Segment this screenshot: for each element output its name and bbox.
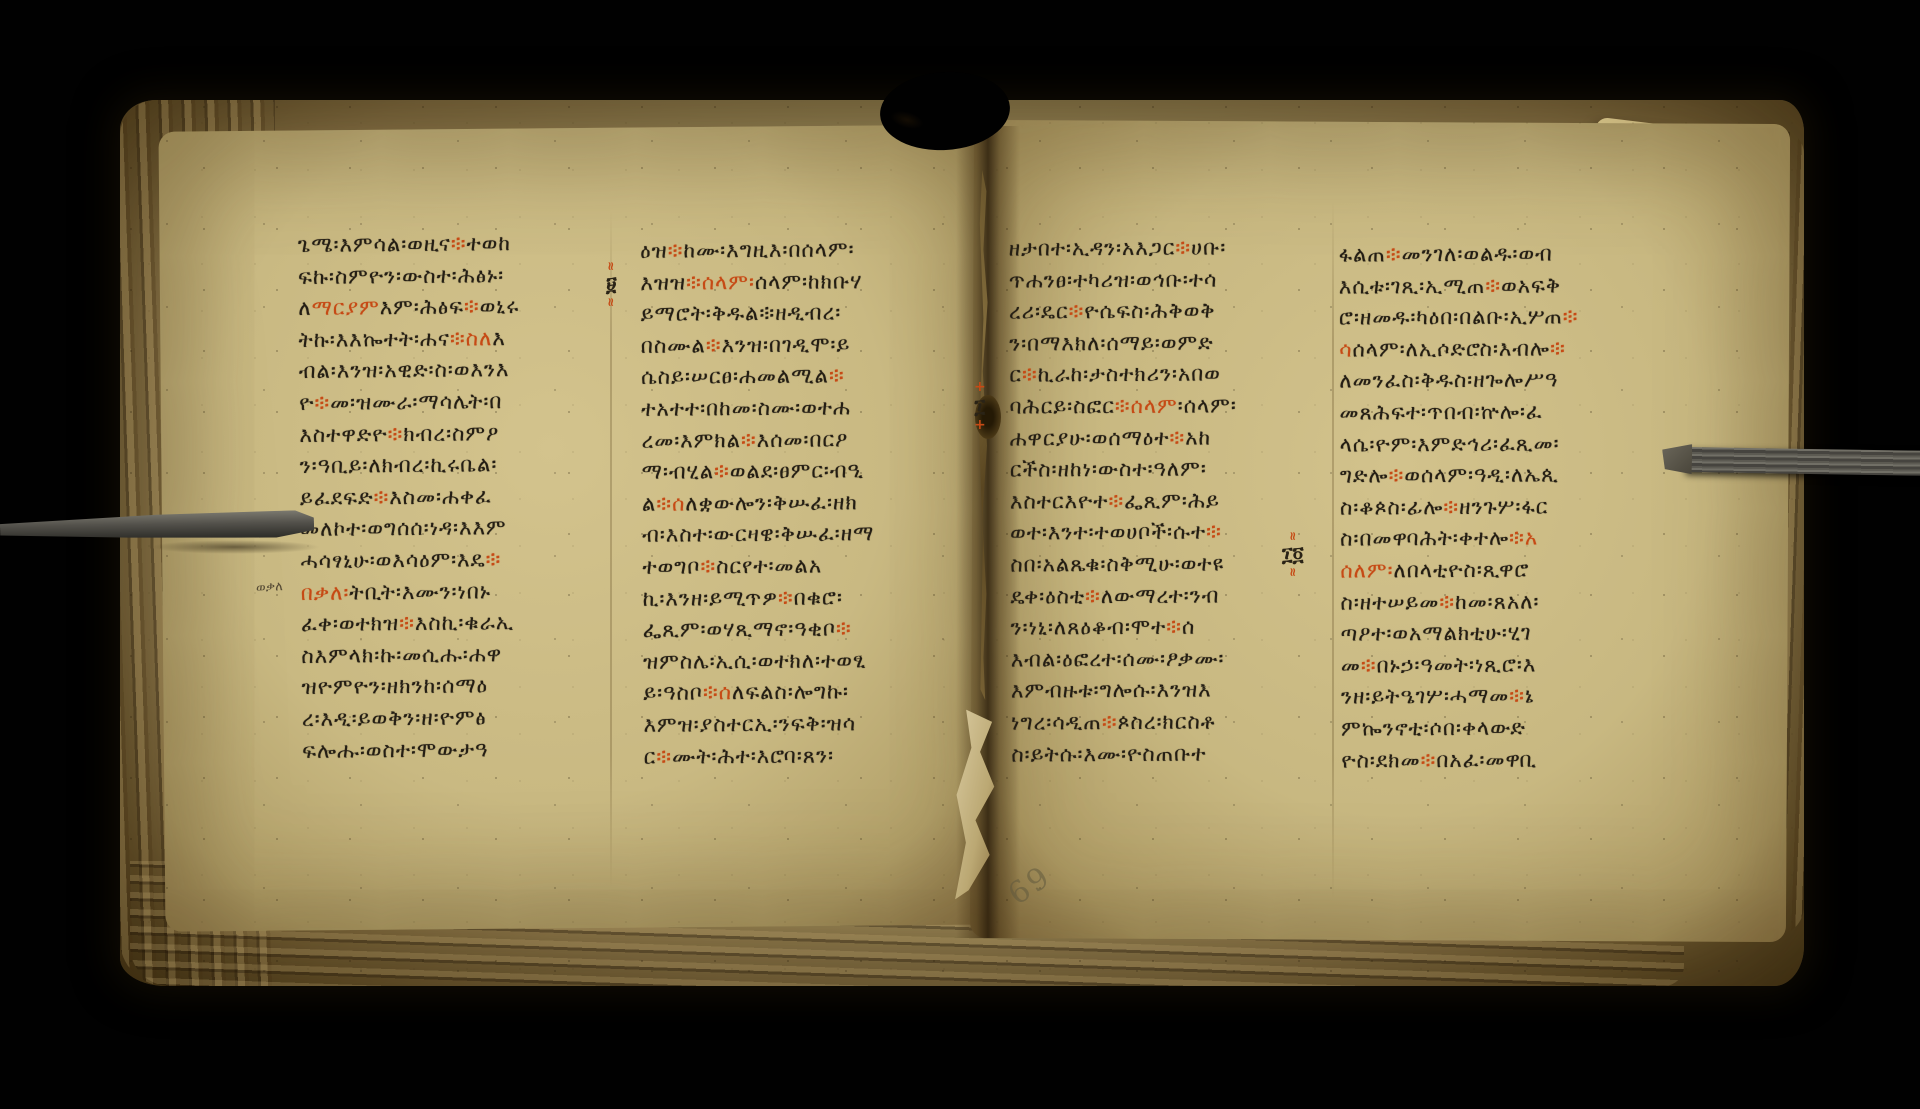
red-flourish-icon: ≈ [1287, 531, 1299, 541]
text-line: ይፈደፍድ፨እስመ፡ሐቀፈ [300, 484, 521, 518]
rubric-segment: ፨ [1421, 748, 1437, 772]
ink-segment: ለመንፈስ፡ቅዱስ፡ዘጐሎሥዓ [1339, 368, 1558, 393]
rubric-segment: ፨ [1115, 394, 1131, 418]
text-line: ሮ፡ዘመዱ፡ካዕበ፡በልቡ፡ኢሦጠ፨ [1339, 305, 1579, 338]
text-line: መለኮተ፡ወግሰሰ፡ነዳ፡እእም [300, 515, 521, 549]
ink-segment: ወኒሩ [480, 294, 520, 318]
text-line: በቃለ፡ትቢት፡እሙን፡ነበኑ [301, 579, 522, 613]
ink-segment: ሰ [1182, 615, 1195, 639]
text-line: ዮ፨መ፡ዝሙራ፡ማሳሌት፡በ [299, 389, 520, 423]
text-line: ረመ፡እምክል፨እሰመ፡በርዖ [641, 427, 873, 460]
text-line: እምብዙቱ፡ግሎሱ፡እንዝእ [1011, 678, 1238, 711]
text-line: ጌሜ፡እምሳል፡ወዚና፨ተወከ [298, 231, 519, 265]
rubric-segment: ሳ [1339, 337, 1352, 361]
ink-segment: ፋልጠ [1339, 242, 1386, 266]
rubric-segment: ፨ [1069, 299, 1085, 323]
text-line: ባሕርይ፡ስፎር፨ሰላም፡ሰላም፡ [1009, 393, 1236, 426]
rubric-segment: ፨ [778, 585, 794, 609]
ink-segment: ንዘ፡ይትዔገሦ፡ሓማመ [1341, 684, 1509, 709]
ink-segment: ዘንጉሦ፡ፋር [1459, 494, 1548, 518]
ruling-crease [610, 210, 612, 890]
text-line: ስ፡ይትሱ፡እሙ፡ዮስጠቡተ [1011, 741, 1238, 774]
ink-segment: ስ፡ይትሱ፡እሙ፡ዮስጠቡተ [1011, 741, 1206, 766]
text-line: ጥሐንፀ፡ተካሪዝ፡ወኅቡ፡ተሳ [1009, 267, 1236, 300]
ink-segment: ዝዮምዮን፡ዘክንከ፡ሰማዕ [302, 674, 489, 700]
text-line: ለመንፈስ፡ቅዱስ፡ዘጐሎሥዓ [1339, 368, 1579, 401]
ink-segment: በስሙል [641, 333, 706, 357]
braided-strap-right [1686, 447, 1920, 476]
ink-segment: ነግረ፡ሳዲጠ [1011, 710, 1102, 734]
text-line: ንዘ፡ይትዔገሦ፡ሓማመ፨ኔ [1341, 684, 1581, 717]
ink-segment: እንዝ፡በገዲሞ፡ይ [721, 332, 850, 357]
text-line: ግድሎ፨ወሰላም፡ዓዲ፡ለኤጲ [1340, 463, 1580, 496]
rubric-segment: ፨ [1085, 584, 1101, 608]
ink-segment: ሰላም፡ለኢሶድሮስ፡እብሎ [1352, 336, 1550, 361]
text-column-right-inner: ዘታበተ፡ኢዳን፡አእጋር፨ሀቡ፡ጥሐንፀ፡ተካሪዝ፡ወኅቡ፡ተሳረሪ፡ዴር፨ዮ… [1009, 235, 1239, 773]
text-line: ር፨ኪራከ፡ታስተክሪን፡አበወ [1009, 362, 1236, 395]
ink-segment: ዮስ፡ደክመ [1341, 748, 1420, 772]
margin-stanza-number: ≈ ፱ ≈ [606, 258, 617, 310]
ink-segment: እሲቱ፡ገጺ፡ኢሚጠ [1339, 273, 1486, 298]
manuscript-photo: ጌሜ፡እምሳል፡ወዚና፨ተወከፍኩ፡ስምዮን፡ውስተ፡ሕፅኑ፡ለማርያምእም፡ሕ… [0, 0, 1920, 1109]
rubric-segment: ፨ [1169, 425, 1185, 449]
rubric-segment: ፨ [1108, 489, 1124, 513]
ink-segment: በአፈ፡መዋቢ [1436, 747, 1537, 772]
ink-segment: ሀቡ፡ [1191, 235, 1226, 259]
ink-segment: ይፈደፍድ [300, 485, 374, 510]
ink-segment: ዘታበተ፡ኢዳን፡አእጋር [1009, 236, 1176, 261]
rubric-segment: ስለ [466, 326, 493, 350]
ink-segment: ስ፡ዘተሠይመ [1340, 590, 1439, 615]
rubric-segment: ሰለም፡ [1340, 558, 1393, 582]
text-line: ፍኩ፡ስምዮን፡ውስተ፡ሕፅኑ፡ [298, 263, 519, 297]
red-flourish-icon: ≈ [605, 297, 617, 307]
ink-segment: ስእምላክ፡ኩ፡መሲሑ፡ሐዋ [301, 642, 502, 668]
rubric-segment: ፨ [1509, 526, 1525, 550]
text-line: እሲቱ፡ገጺ፡ኢሚጠ፨ወአፍቅ [1339, 273, 1579, 306]
ink-segment: ዝምስሌ፡ኢሲ፡ወተክለ፡ተወፂ [643, 648, 866, 674]
ink-segment: ሮ፡ዘመዱ፡ካዕበ፡በልቡ፡ኢሦጠ [1339, 305, 1563, 330]
ink-segment: ፍኩ፡ስምዮን፡ውስተ፡ሕፅኑ፡ [298, 263, 504, 289]
text-line: ማ፡ብሂል፨ወልደ፡ፀምር፡ብዒ [642, 458, 874, 491]
rubric-segment: ፨ [1022, 363, 1038, 387]
ink-segment: እስተርእዮተ [1010, 489, 1109, 514]
rubric-segment: ፨ [668, 239, 684, 263]
ink-segment: ር [1009, 363, 1022, 387]
ink-segment: ክብረ፡ስምዖ [403, 421, 499, 446]
text-line: ሐዋርያሁ፡ወሰማዕተ፨አከ [1010, 425, 1237, 458]
ink-segment: እምብዙቱ፡ግሎሱ፡እንዝእ [1011, 678, 1212, 703]
rubric-segment: ማርያም [312, 295, 380, 320]
ink-segment: ል [642, 491, 656, 515]
ink-segment: ን፡በማእክለ፡ሰማይ፡ወምድ [1009, 330, 1214, 355]
text-column-right-outer: ፋልጠ፨መንገለ፡ወልዱ፡ወብእሲቱ፡ገጺ፡ኢሚጠ፨ወአፍቅሮ፡ዘመዱ፡ካዕበ፡… [1339, 241, 1581, 779]
ink-segment: ኪራከ፡ታስተክሪን፡አበወ [1038, 362, 1221, 387]
ink-segment: ለፍልስ፡ሎግኩ፡ [732, 680, 849, 705]
ink-segment: ፍሎሑ፡ወስተ፡ሞውታዓ [302, 737, 488, 763]
ink-segment: ጣዖተ፡ወአማልክቲሁ፡ሂገ [1341, 621, 1532, 646]
ink-segment: ስ፡ቆጶስ፡ፊሎ [1340, 495, 1444, 520]
rubric-segment: አ [1525, 526, 1538, 550]
ethiopic-numeral: ፱ [606, 274, 617, 294]
text-line: ሳሰላም፡ለኢሶድሮስ፡እብሎ፨ [1339, 336, 1579, 369]
ink-segment: ጌሜ፡እምሳል፡ወዚና [298, 232, 451, 257]
ink-segment: ተወከ [466, 231, 511, 255]
text-line: ርችስ፡ዘከነ፡ውስተ፡ዓለም፡ [1010, 457, 1237, 490]
rubric-segment: ፨ [656, 491, 672, 515]
rubric-segment: ፨ [700, 554, 716, 578]
ink-segment: እብል፡ዕፎረተ፡ሰሙ፡ፆቃሙ፡ [1011, 646, 1225, 671]
rubric-segment: ፨ [399, 611, 415, 635]
ink-segment: ዴቀ፡ዕስቲ [1010, 584, 1085, 608]
ink-segment: ሰላም፡ከክቡሃ [755, 269, 863, 294]
ink-segment: እስተዋድዮ [299, 422, 387, 447]
rubric-segment: ፨ [714, 459, 730, 483]
text-line: ን፡ነኒ፡ለጸዕቆብ፡ሞተ፨ሰ [1011, 615, 1238, 648]
text-line: ዘታበተ፡ኢዳን፡አእጋር፨ሀቡ፡ [1009, 235, 1236, 268]
text-line: ስ፡ቆጶስ፡ፊሎ፨ዘንጉሦ፡ፋር [1340, 494, 1580, 527]
ink-segment: ከሙ፡እግዚእ፡በሰላም፡ [683, 237, 854, 262]
ink-segment: ሓሳፃኒሁ፡ወእሳዕም፡እዴ [300, 547, 485, 573]
rubric-segment: ፨ [1102, 710, 1118, 734]
ink-segment: ወልደ፡ፀምር፡ብዒ [730, 458, 864, 483]
text-line: ዮስ፡ደክመ፨በአፈ፡መዋቢ [1341, 747, 1581, 780]
ink-segment: ር [644, 744, 657, 768]
ink-segment: ወሰላም፡ዓዲ፡ለኤጲ [1404, 463, 1559, 488]
rubric-segment: ፨ [836, 616, 852, 640]
rubric-segment: ፨ [1550, 336, 1566, 360]
text-line: ሴስይ፡ሠርፀ፡ሐመልሚል፨ [641, 364, 873, 397]
ink-segment: ዕዝ [640, 239, 668, 263]
ink-segment: ኔ [1525, 684, 1534, 708]
ink-segment: ጶስረ፡ክርስቶ [1117, 709, 1215, 734]
text-line: ለማርያምእም፡ሕፅፍ፨ወኒሩ [298, 294, 519, 328]
ink-segment: ተአተተ፡በከመ፡ስሙ፡ወተሐ [641, 395, 851, 420]
ink-segment: ሙት፡ሕተ፡እሮባ፡ጸን፡ [672, 743, 834, 768]
rubric-segment: ሰ [719, 680, 732, 704]
rubric-segment: ፨ [485, 547, 501, 571]
text-column-left-inner: ዕዝ፨ከሙ፡እግዚእ፡በሰላም፡እዝዝ፨ሰላም፡ሰላም፡ከክቡሃይማሮት፡ቅዱል… [640, 237, 876, 776]
text-line: ምኰንኖቲ፡ሶበ፡ቀላውድ [1341, 715, 1581, 748]
ink-segment: ወአፍቅ [1501, 273, 1561, 297]
marginal-gloss: ወቃለ [256, 579, 284, 596]
rubric-segment: ፨ [1509, 684, 1525, 708]
ink-segment: ዮሴፍስ፡ሕቅወቅ [1084, 299, 1215, 324]
ink-segment: ለ [298, 296, 312, 320]
red-cross-icon: + [974, 418, 986, 432]
ink-segment: ወተ፡እንተ፡ተወሀቦች፡ሱተ [1010, 520, 1206, 545]
red-cross-icon: + [974, 380, 986, 394]
text-line: እብል፡ዕፎረተ፡ሰሙ፡ፆቃሙ፡ [1011, 646, 1238, 679]
ink-segment: መ፡ዝሙራ፡ማሳሌት፡በ [330, 389, 502, 415]
text-line: ዕዝ፨ከሙ፡እግዚእ፡በሰላም፡ [640, 237, 872, 270]
rubric-segment: ፨ [450, 326, 466, 350]
ink-segment: አከ [1185, 425, 1211, 449]
ink-segment: በቁሮ፡ [794, 585, 843, 609]
ink-segment: ስ፡በመዋባሕት፡ቀተሎ [1340, 526, 1509, 551]
rubric-segment: ፨ [656, 744, 672, 768]
red-flourish-icon: ≈ [1287, 567, 1299, 577]
text-line: ረሪ፡ዴር፨ዮሴፍስ፡ሕቅወቅ [1009, 299, 1236, 332]
ink-segment: መንገለ፡ወልዱ፡ወብ [1402, 242, 1553, 267]
ink-segment: ምኰንኖቲ፡ሶበ፡ቀላውድ [1341, 716, 1526, 741]
rubric-segment: ፨ [1388, 463, 1404, 487]
text-line: ዝዮምዮን፡ዘክንከ፡ሰማዕ [302, 673, 523, 707]
ink-segment: ባሕርይ፡ስፎር [1009, 394, 1114, 419]
rubric-segment: ፨ [829, 364, 845, 388]
ink-segment: እስመ፡ሐቀፈ [389, 484, 492, 509]
ink-segment: መለኮተ፡ወግሰሰ፡ነዳ፡እእም [300, 516, 507, 542]
text-line: ረ፡እዲ፡ይወቅን፡ዘ፡ዮምፅ [302, 705, 523, 739]
rubric-segment: ፨ [741, 428, 757, 452]
text-line: መጸሕፍተ፡ጥበብ፡ኵሎ፡ፈ [1339, 399, 1579, 432]
ink-segment: ስርየተ፡መልአ [716, 553, 822, 578]
ink-segment: ጥሐንፀ፡ተካሪዝ፡ወኅቡ፡ተሳ [1009, 267, 1218, 292]
rubric-segment: ፨ [1166, 615, 1182, 639]
text-line: በስሙል፨እንዝ፡በገዲሞ፡ይ [641, 332, 873, 365]
rubric-segment: ፨ [314, 391, 330, 415]
text-line: ነግረ፡ሳዲጠ፨ጶስረ፡ክርስቶ [1011, 709, 1238, 742]
text-line: ስ፡በመዋባሕት፡ቀተሎ፨አ [1340, 526, 1580, 559]
text-line: ሓሳፃኒሁ፡ወእሳዕም፡እዴ፨ [300, 547, 521, 581]
ink-segment: ን፡ነኒ፡ለጸዕቆብ፡ሞተ [1011, 615, 1167, 640]
margin-stanza-number: ≈ ፲፬ ≈ [1282, 528, 1304, 580]
rubric-segment: ፨ [1439, 590, 1455, 614]
text-line: ስበ፡አልጼቁ፡ስቅሚሁ፡ወተዩ [1010, 551, 1237, 584]
ink-segment: ስበ፡አልጼቁ፡ስቅሚሁ፡ወተዩ [1010, 551, 1224, 576]
text-line: ፌጺም፡ወሃጺማኖ፡ዓቂቦ፨ [643, 616, 875, 649]
ink-segment: ትኩ፡እእኰተት፡ሐና [298, 326, 450, 351]
ink-segment: ብል፡እንዝ፡አዊድ፡ስ፡ወእንእ [299, 358, 510, 384]
text-line: ኪ፡እንዘ፡ይሚጥዎ፨በቁሮ፡ [643, 585, 875, 618]
rubric-segment: ፨ [1443, 495, 1459, 519]
ethiopic-numeral: ፲ [975, 396, 986, 416]
rubric-segment: ሰላም፡ [702, 270, 755, 294]
text-line: ተወግቦ፨ስርየተ፡መልአ [642, 553, 874, 586]
leather-strap-left [0, 510, 314, 541]
ink-segment: እሰመ፡በርዖ [757, 427, 849, 452]
ink-segment: ፌጺም፡ወሃጺማኖ፡ዓቂቦ [643, 617, 836, 642]
ink-segment: እም፡ሕፅፍ [380, 295, 464, 320]
ink-segment: ኪ፡እንዘ፡ይሚጥዎ [643, 585, 778, 610]
ink-segment: ለቋውሎን፡ቅሡፈ፡ዘክ [685, 490, 858, 515]
text-line: ትኩ፡እእኰተት፡ሐና፨ስለእ [298, 326, 519, 360]
ink-segment: እስኪ፡ቁራኢ [415, 610, 514, 635]
text-line: ተአተተ፡በከመ፡ስሙ፡ወተሐ [641, 395, 873, 428]
ink-segment: ረመ፡እምክል [641, 428, 741, 453]
ink-segment: ለበላቲዮስ፡ጺዋሮ [1393, 558, 1529, 583]
text-line: ፋልጠ፨መንገለ፡ወልዱ፡ወብ [1339, 241, 1579, 274]
ink-segment: ተወግቦ [642, 554, 700, 578]
rubric-segment: ፨ [373, 485, 389, 509]
text-line: ፍሎሑ፡ወስተ፡ሞውታዓ [302, 737, 523, 771]
text-line: እዝዝ፨ሰላም፡ሰላም፡ከክቡሃ [640, 269, 872, 302]
text-line: እምዝ፡ያስተርኢ፡ንፍቅ፡ዝሳ [643, 711, 875, 744]
rubric-segment: ሰላም [1131, 394, 1178, 418]
ink-segment: ን፡ዓቢይ፡ለክብረ፡ኪሩቤል፡ [300, 452, 498, 478]
text-line: መ፨በኑኃ፡ዓመት፡ነጺሮ፡እ [1341, 652, 1581, 685]
text-line: ስ፡ዘተሠይመ፨ከመ፡ጸአለ፡ [1340, 589, 1580, 622]
text-line: ብ፡እስተ፡ውርዛዌ፡ቅሡፈ፡ዘማ [642, 522, 874, 555]
text-line: እስተርእዮተ፨ፌጺም፡ሕይ [1010, 488, 1237, 521]
margin-stanza-number: + ፲ + [974, 378, 986, 434]
rubric-segment: ፨ [686, 270, 702, 294]
ink-segment: ሐዋርያሁ፡ወሰማዕተ [1010, 425, 1170, 450]
ink-segment: መጸሕፍተ፡ጥበብ፡ኵሎ፡ፈ [1339, 400, 1542, 425]
ink-segment: ትቢት፡እሙን፡ነበኑ [349, 579, 491, 604]
ink-segment: ሴስይ፡ሠርፀ፡ሐመልሚል [641, 364, 829, 389]
rubric-segment: ፨ [1361, 653, 1377, 677]
ruling-crease [1332, 200, 1334, 900]
ink-segment: ብ፡እስተ፡ውርዛዌ፡ቅሡፈ፡ዘማ [642, 522, 874, 548]
ink-segment: ፌጺም፡ሕይ [1124, 488, 1220, 513]
text-line: ል፨ሰለቋውሎን፡ቅሡፈ፡ዘክ [642, 490, 874, 523]
rubric-segment: በቃለ፡ [301, 580, 350, 604]
ink-segment: ረ፡እዲ፡ይወቅን፡ዘ፡ዮምፅ [302, 705, 487, 731]
text-line: ጣዖተ፡ወአማልክቲሁ፡ሂገ [1341, 620, 1581, 653]
rubric-segment: ፨ [1175, 236, 1191, 260]
text-line: ፈቀ፡ወተክዝ፨እስኪ፡ቁራኢ [301, 610, 522, 644]
ink-segment: ላሴ፡ዮም፡እምድኅሪ፡ፈጺመ፡ [1340, 431, 1560, 456]
rubric-segment: ፨ [706, 333, 722, 357]
ink-segment: ከመ፡ጸአለ፡ [1455, 589, 1540, 613]
text-line: ን፡ዓቢይ፡ለክብረ፡ኪሩቤል፡ [300, 452, 521, 486]
rubric-segment: ፨ [1386, 242, 1402, 266]
text-line: ብል፡እንዝ፡አዊድ፡ስ፡ወእንእ [299, 357, 520, 391]
rubric-segment: ሰ [672, 491, 685, 515]
text-line: ይ፡ዓስቦ፨ሰለፍልስ፡ሎግኩ፡ [643, 679, 875, 712]
ink-segment: እዝዝ [640, 270, 686, 294]
ink-segment: ርችስ፡ዘከነ፡ውስተ፡ዓለም፡ [1010, 457, 1207, 482]
rubric-segment: ፨ [703, 681, 719, 705]
text-line: እስተዋድዮ፨ክብረ፡ስምዖ [299, 421, 520, 455]
ink-segment: ፈቀ፡ወተክዝ [301, 611, 399, 636]
ink-segment: ለውማረተ፡ንብ [1101, 583, 1220, 608]
rubric-segment: ፨ [1563, 305, 1579, 329]
ink-segment: ፡ሰላም፡ [1178, 393, 1237, 417]
rubric-segment: ፨ [464, 295, 480, 319]
ink-segment: ማ፡ብሂል [642, 459, 715, 484]
ink-segment: ረሪ፡ዴር [1009, 299, 1069, 323]
text-line: ላሴ፡ዮም፡እምድኅሪ፡ፈጺመ፡ [1340, 431, 1580, 464]
text-line: ስእምላክ፡ኩ፡መሲሑ፡ሐዋ [301, 642, 522, 676]
rubric-segment: ፨ [1485, 273, 1501, 297]
ink-segment: በኑኃ፡ዓመት፡ነጺሮ፡እ [1376, 652, 1536, 677]
ink-segment: እምዝ፡ያስተርኢ፡ንፍቅ፡ዝሳ [643, 711, 856, 736]
text-line: ዴቀ፡ዕስቲ፨ለውማረተ፡ንብ [1010, 583, 1237, 616]
text-line: ይማሮት፡ቅዱል፨ዘዲብረ፡ [641, 300, 873, 333]
text-line: ሰለም፡ለበላቲዮስ፡ጺዋሮ [1340, 557, 1580, 590]
text-line: ር፨ሙት፡ሕተ፡እሮባ፡ጸን፡ [644, 743, 876, 776]
ink-segment: ግድሎ [1340, 464, 1389, 488]
red-flourish-icon: ≈ [605, 261, 617, 271]
ink-segment: ይ፡ዓስቦ [643, 681, 703, 705]
ink-segment: ይማሮት፡ቅዱል፨ዘዲብረ፡ [641, 301, 842, 326]
text-line: ን፡በማእክለ፡ሰማይ፡ወምድ [1009, 330, 1236, 363]
ink-segment: እ [492, 326, 506, 350]
rubric-segment: ፨ [387, 422, 403, 446]
ink-segment: መ [1341, 653, 1361, 677]
rubric-segment: ፨ [451, 232, 467, 256]
text-line: ዝምስሌ፡ኢሲ፡ወተክለ፡ተወፂ [643, 648, 875, 681]
text-column-left-outer: ጌሜ፡እምሳል፡ወዚና፨ተወከፍኩ፡ስምዮን፡ውስተ፡ሕፅኑ፡ለማርያምእም፡ሕ… [298, 231, 524, 770]
strap-shadow [150, 540, 320, 554]
ink-segment: ዮ [299, 391, 314, 415]
ethiopic-numeral: ፲፬ [1282, 544, 1304, 564]
rubric-segment: ፨ [1206, 520, 1222, 544]
text-line: ወተ፡እንተ፡ተወሀቦች፡ሱተ፨ [1010, 520, 1237, 553]
